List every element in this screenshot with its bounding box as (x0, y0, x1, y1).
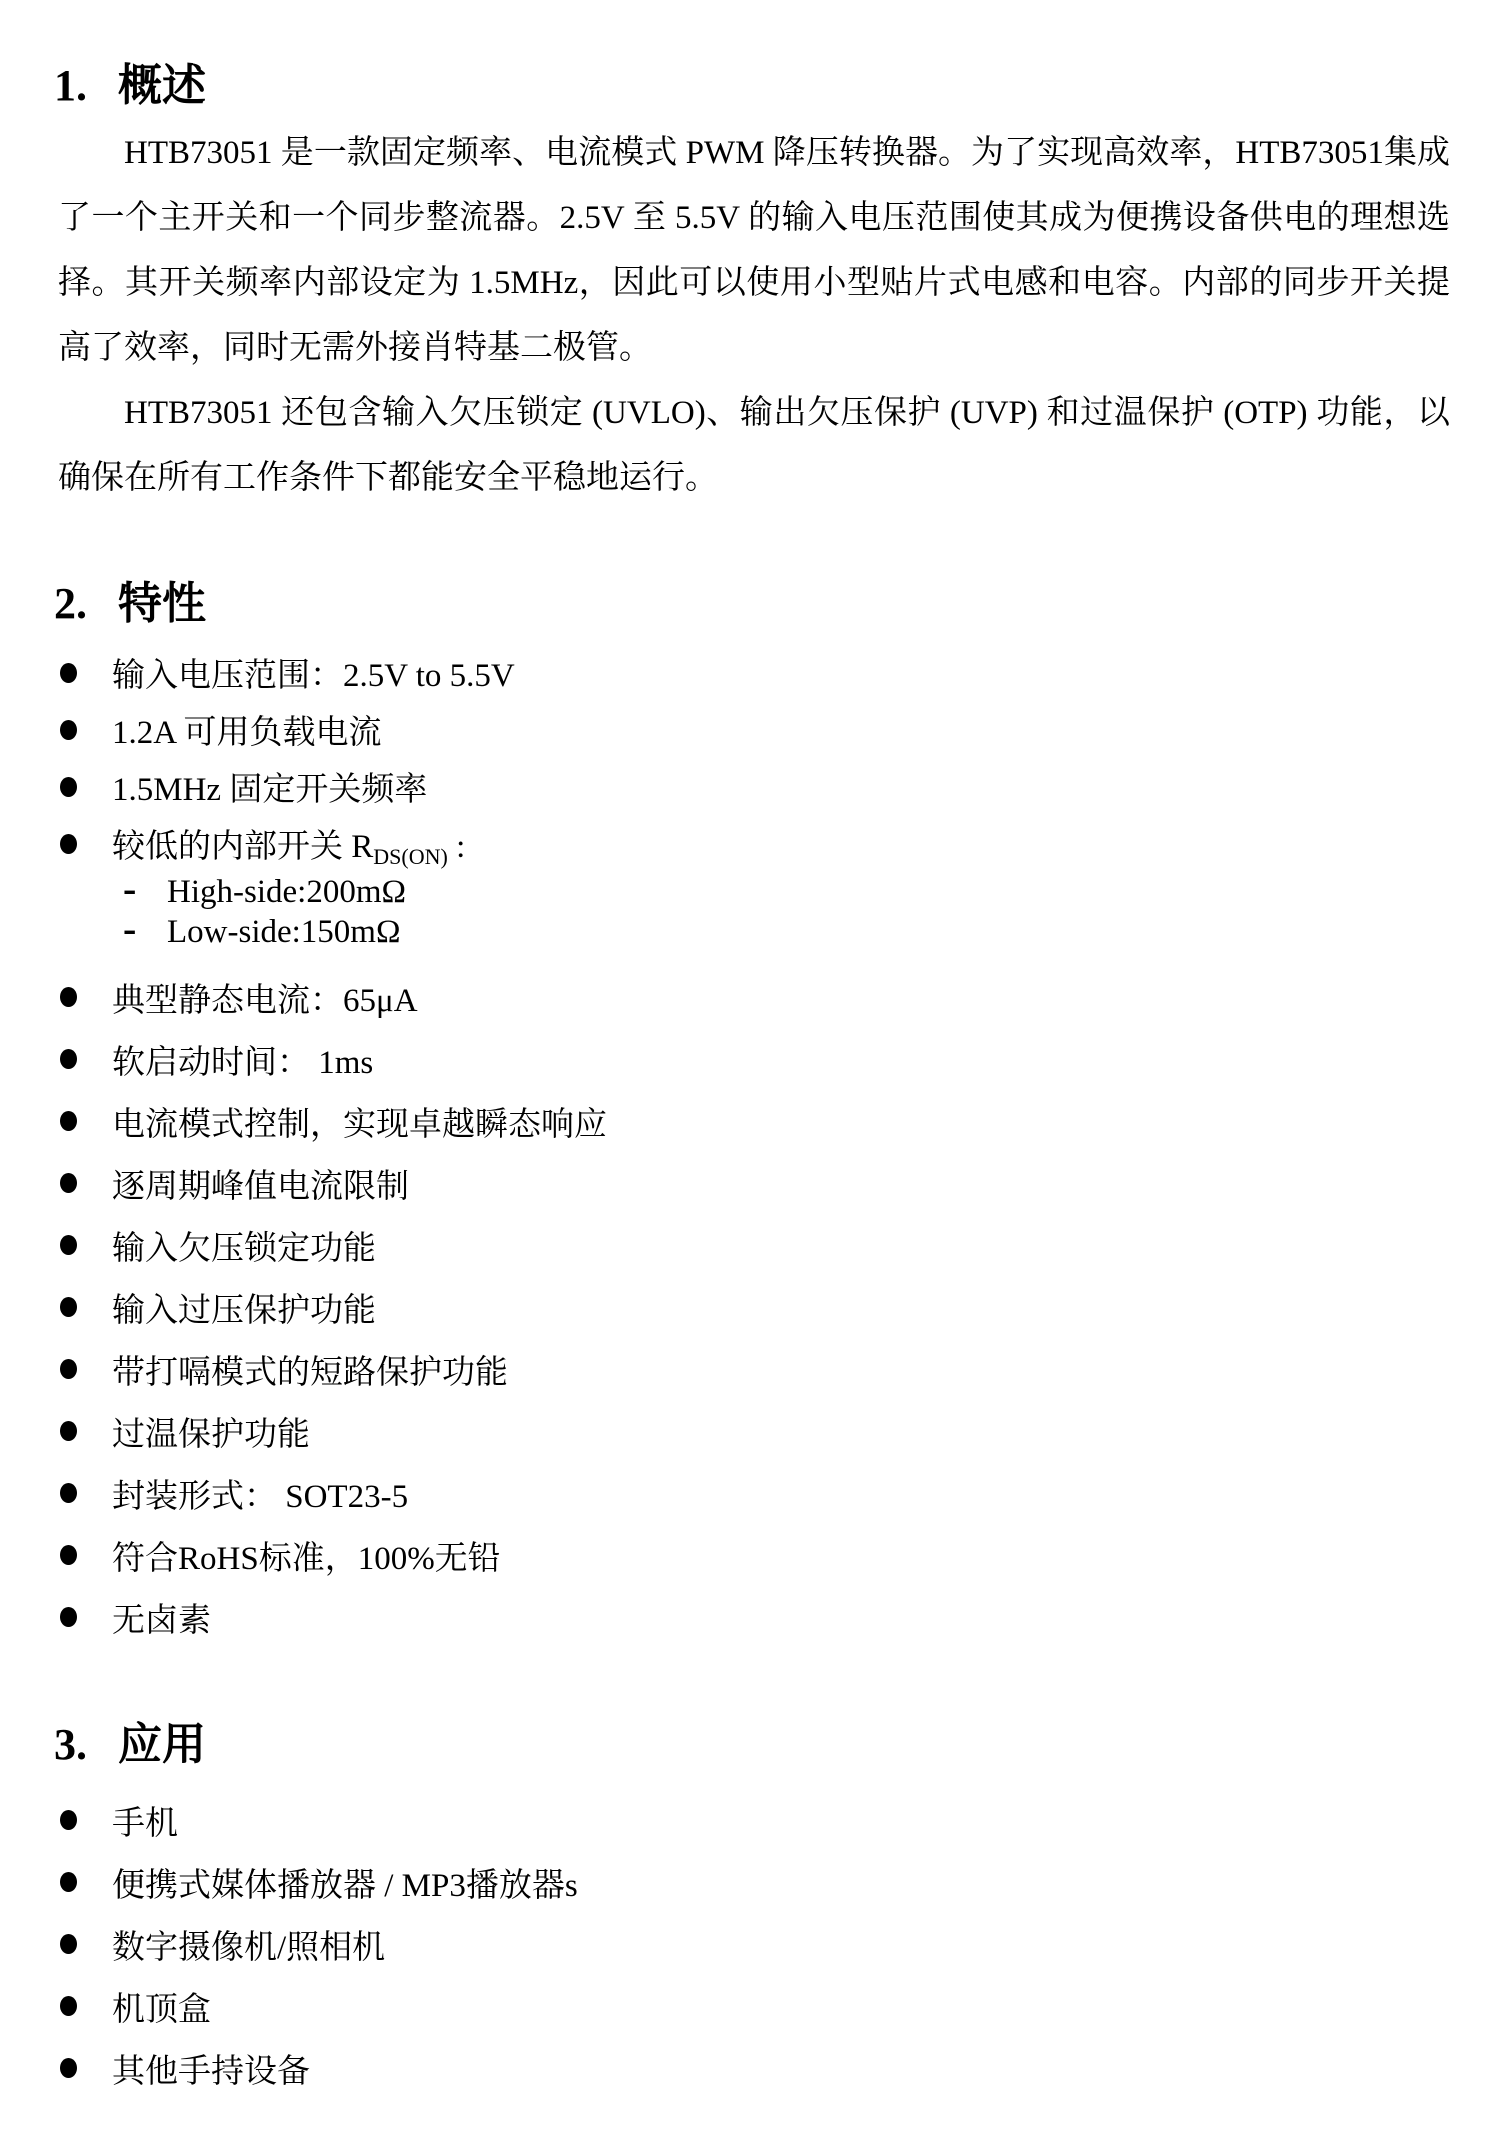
application-text: 数字摄像机/照相机 (112, 1921, 385, 1968)
feature-text: 符合RoHS标准，100%无铅 (112, 1532, 501, 1579)
feature-text: 无卤素 (112, 1594, 211, 1641)
feature-item: 1.5MHz 固定开关频率 (58, 758, 1450, 815)
page-content: 1. 概述 HTB73051 是一款固定频率、电流模式 PWM 降压转换器。为了… (58, 60, 1450, 2099)
feature-text: 电流模式控制，实现卓越瞬态响应 (112, 1098, 607, 1145)
feature-item: 符合RoHS标准，100%无铅 (58, 1524, 1450, 1586)
feature-text: 软启动时间： 1ms (112, 1036, 373, 1083)
bullet-icon (60, 1235, 77, 1255)
bullet-icon (60, 1607, 77, 1627)
feature-text: 输入电压范围：2.5V to 5.5V (112, 649, 515, 696)
bullet-icon (60, 1934, 77, 1954)
feature-item: 1.2A 可用负载电流 (58, 701, 1450, 758)
bullet-icon (60, 1173, 77, 1193)
rdson-subscript: DS(ON) (373, 844, 448, 869)
application-text: 机顶盒 (112, 1983, 211, 2030)
dash-marker: - (123, 869, 136, 909)
feature-item: 无卤素 (58, 1586, 1450, 1648)
feature-item: 逐周期峰值电流限制 (58, 1152, 1450, 1214)
section-heading-overview: 1. 概述 (54, 60, 1450, 112)
section-title: 特性 (118, 578, 206, 630)
application-item: 便携式媒体播放器 / MP3播放器s (58, 1851, 1450, 1913)
feature-item: 输入欠压锁定功能 (58, 1214, 1450, 1276)
bullet-icon (60, 1049, 77, 1069)
datasheet-page: 1. 概述 HTB73051 是一款固定频率、电流模式 PWM 降压转换器。为了… (0, 0, 1508, 2131)
application-text: 便携式媒体播放器 / MP3播放器s (112, 1859, 578, 1906)
application-item: 机顶盒 (58, 1975, 1450, 2037)
bullet-icon (60, 663, 77, 683)
section-number: 1. (54, 60, 118, 112)
section-title: 概述 (118, 60, 206, 112)
feature-item: 过温保护功能 (58, 1400, 1450, 1462)
bullet-icon (60, 1483, 77, 1503)
feature-item: 封装形式： SOT23-5 (58, 1462, 1450, 1524)
feature-item: 输入过压保护功能 (58, 1276, 1450, 1338)
feature-text: 封装形式： SOT23-5 (112, 1470, 408, 1517)
section-heading-applications: 3. 应用 (54, 1719, 1450, 1771)
bullet-icon (60, 1872, 77, 1892)
feature-item: 软启动时间： 1ms (58, 1028, 1450, 1090)
feature-sub-item: - High-side:200mΩ (58, 872, 1450, 912)
bullet-icon (60, 720, 77, 740)
feature-text: 输入欠压锁定功能 (112, 1222, 376, 1269)
applications-list: 手机 便携式媒体播放器 / MP3播放器s 数字摄像机/照相机 机顶盒 其他手持… (58, 1789, 1450, 2099)
feature-text: 过温保护功能 (112, 1408, 310, 1455)
bullet-icon (60, 1996, 77, 2016)
bullet-icon (60, 987, 77, 1007)
feature-text: 带打嗝模式的短路保护功能 (112, 1346, 508, 1393)
application-text: 其他手持设备 (112, 2045, 310, 2092)
bullet-icon (60, 1810, 77, 1830)
features-list: 输入电压范围：2.5V to 5.5V 1.2A 可用负载电流 1.5MHz 固… (58, 644, 1450, 1648)
feature-sub-item: - Low-side:150mΩ (58, 912, 1450, 952)
bullet-icon (60, 1111, 77, 1131)
bullet-icon (60, 777, 77, 797)
section-title: 应用 (118, 1719, 206, 1771)
application-item: 手机 (58, 1789, 1450, 1851)
feature-text: 输入过压保护功能 (112, 1284, 376, 1331)
application-item: 其他手持设备 (58, 2037, 1450, 2099)
dash-marker: - (123, 909, 136, 949)
feature-text: 1.5MHz 固定开关频率 (112, 763, 427, 810)
bullet-icon (60, 1421, 77, 1441)
section-heading-features: 2. 特性 (54, 578, 1450, 630)
feature-item: 带打嗝模式的短路保护功能 (58, 1338, 1450, 1400)
section-number: 3. (54, 1719, 118, 1771)
feature-text: 典型静态电流：65μA (112, 974, 418, 1021)
application-text: 手机 (112, 1797, 178, 1844)
feature-sub-text: Low-side:150mΩ (167, 914, 401, 951)
feature-text: 1.2A 可用负载电流 (112, 706, 382, 753)
overview-paragraph-1: HTB73051 是一款固定频率、电流模式 PWM 降压转换器。为了实现高效率，… (58, 121, 1450, 381)
feature-item-rdson: 较低的内部开关 RDS(ON) : (58, 815, 1450, 872)
bullet-icon (60, 2058, 77, 2078)
feature-item: 电流模式控制，实现卓越瞬态响应 (58, 1090, 1450, 1152)
feature-text: 较低的内部开关 RDS(ON) : (112, 820, 465, 867)
feature-sub-text: High-side:200mΩ (167, 874, 406, 911)
feature-item: 输入电压范围：2.5V to 5.5V (58, 644, 1450, 701)
feature-item: 典型静态电流：65μA (58, 966, 1450, 1028)
bullet-icon (60, 1359, 77, 1379)
bullet-icon (60, 1545, 77, 1565)
feature-text: 逐周期峰值电流限制 (112, 1160, 409, 1207)
bullet-icon (60, 834, 77, 854)
application-item: 数字摄像机/照相机 (58, 1913, 1450, 1975)
section-number: 2. (54, 578, 118, 630)
overview-paragraph-2: HTB73051 还包含输入欠压锁定 (UVLO)、输出欠压保护 (UVP) 和… (58, 381, 1450, 511)
bullet-icon (60, 1297, 77, 1317)
